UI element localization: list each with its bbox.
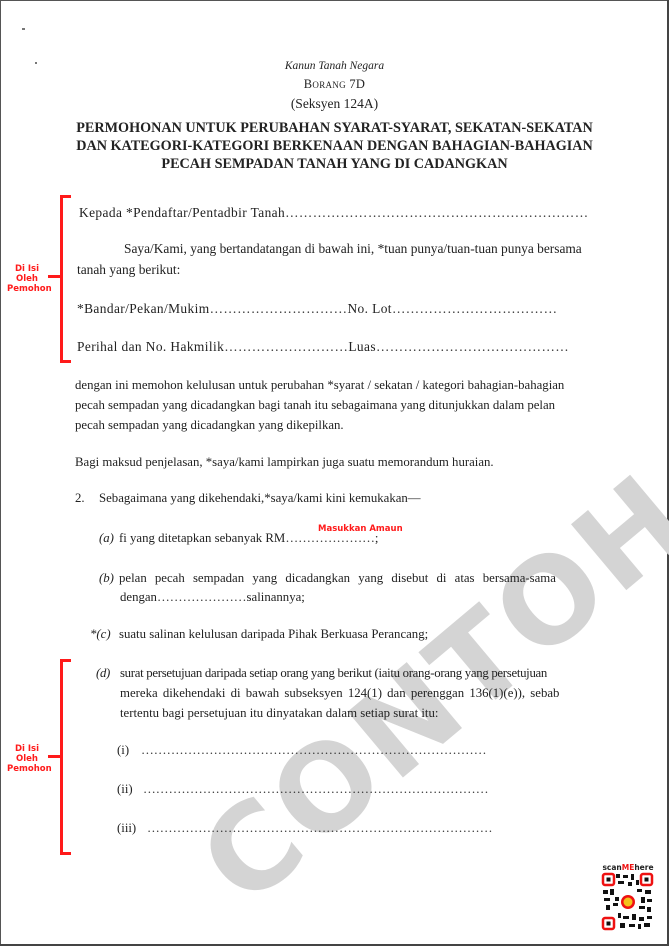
item-d-label: (d) (96, 666, 120, 681)
item-c-text: suatu salinan kelulusan daripada Pihak B… (119, 627, 428, 641)
request-line-2: pecah sempadan yang dicadangkan bagi tan… (75, 398, 555, 413)
person-row[interactable]: (i)……………………………………………………………………… (117, 743, 487, 758)
item-a-label: (a) (99, 531, 119, 546)
title-line-1: PERMOHONAN UNTUK PERUBAHAN SYARAT-SYARAT… (0, 119, 669, 137)
item-b-post: salinannya; (247, 590, 305, 604)
area-label: Luas (348, 339, 376, 354)
item-b-line-1: (b)pelan pecah sempadan yang dicadangkan… (99, 571, 556, 586)
label-line: Di Isi (7, 264, 47, 274)
qr-caption-me: ME (622, 863, 635, 872)
bracket-tick (48, 755, 60, 758)
scan-speck (22, 28, 25, 30)
label-line: Oleh (7, 754, 47, 764)
person-blank[interactable]: ……………………………………………………………………… (147, 821, 493, 835)
item-d-line-3: tertentu bagi persetujuan itu dinyatakan… (120, 706, 438, 721)
item-b-pre: dengan (120, 590, 157, 604)
town-blank[interactable]: ………………………… (210, 301, 348, 316)
applicant-bracket (60, 195, 71, 363)
enter-amount-hint: Masukkan Amaun (318, 524, 403, 534)
request-line-3: pecah sempadan yang dicadangkan yang dik… (75, 418, 344, 433)
person-blank[interactable]: ……………………………………………………………………… (143, 782, 489, 796)
qr-caption: scanMEhere (596, 863, 660, 872)
qr-code-icon[interactable] (601, 872, 655, 932)
intro-line-1: Saya/Kami, yang bertandatangan di bawah … (124, 241, 582, 257)
fill-by-applicant-label: Di Isi Oleh Pemohon (7, 744, 47, 774)
title-line-3: PECAH SEMPADAN TANAH YANG DI CADANGKAN (0, 155, 669, 173)
label-line: Pemohon (7, 764, 47, 774)
act-name: Kanun Tanah Negara (0, 60, 669, 72)
section-number: 2. (75, 491, 99, 506)
section-2-intro: 2.Sebagaimana yang dikehendaki,*saya/kam… (75, 491, 421, 506)
item-d-text-1: surat persetujuan daripada setiap orang … (120, 666, 547, 680)
person-label: (ii) (117, 782, 143, 797)
applicant-bracket (60, 659, 71, 855)
person-label: (iii) (117, 821, 147, 836)
item-b-label: (b) (99, 571, 119, 586)
copies-blank[interactable]: ………………… (157, 590, 247, 604)
item-d-line-1: (d)surat persetujuan daripada setiap ora… (96, 666, 547, 681)
title-area-row[interactable]: Perihal dan No. Hakmilik………………………Luas………… (77, 339, 569, 355)
item-b-line-2[interactable]: dengan…………………salinannya; (120, 590, 305, 605)
to-registrar-field[interactable]: Kepada *Pendaftar/Pentadbir Tanah…………………… (79, 205, 589, 221)
request-line-1: dengan ini memohon kelulusan untuk perub… (75, 378, 564, 393)
title-no-label: Perihal dan No. Hakmilik (77, 339, 224, 354)
item-b-text: pelan pecah sempadan yang dicadangkan ya… (119, 571, 556, 585)
qr-caption-pre: scan (602, 863, 621, 872)
item-c-label: *(c) (90, 627, 119, 642)
fill-by-applicant-label: Di Isi Oleh Pemohon (7, 264, 47, 294)
item-d-line-2: mereka dikehendaki di bawah subseksyen 1… (120, 686, 559, 701)
item-c: *(c)suatu salinan kelulusan daripada Pih… (90, 627, 428, 642)
town-label: *Bandar/Pekan/Mukim (77, 301, 210, 316)
person-row[interactable]: (iii)……………………………………………………………………… (117, 821, 493, 836)
person-label: (i) (117, 743, 141, 758)
title-no-blank[interactable]: ……………………… (224, 339, 348, 354)
area-blank[interactable]: …………………………………… (376, 339, 569, 354)
label-line: Oleh (7, 274, 47, 284)
form-number: Borang 7D (0, 77, 669, 92)
bracket-tick (48, 275, 60, 278)
lot-blank[interactable]: ……………………………… (392, 301, 558, 316)
person-blank[interactable]: ……………………………………………………………………… (141, 743, 487, 757)
section-reference: (Seksyen 124A) (0, 96, 669, 112)
label-line: Di Isi (7, 744, 47, 754)
person-row[interactable]: (ii)……………………………………………………………………… (117, 782, 489, 797)
lot-label: No. Lot (347, 301, 391, 316)
to-registrar-blank[interactable]: ………………………………………………………… (285, 205, 588, 220)
title-line-2: DAN KATEGORI-KATEGORI BERKENAAN DENGAN B… (0, 137, 669, 155)
memo-line: Bagi maksud penjelasan, *saya/kami lampi… (75, 455, 494, 470)
to-registrar-label: Kepada *Pendaftar/Pentadbir Tanah (79, 205, 285, 220)
town-lot-row[interactable]: *Bandar/Pekan/Mukim…………………………No. Lot…………… (77, 301, 557, 317)
qr-caption-post: here (634, 863, 653, 872)
section-2-text: Sebagaimana yang dikehendaki,*saya/kami … (99, 491, 421, 505)
item-a-text: fi yang ditetapkan sebanyak RM (119, 531, 285, 545)
intro-line-2: tanah yang berikut: (77, 262, 180, 278)
label-line: Pemohon (7, 284, 47, 294)
